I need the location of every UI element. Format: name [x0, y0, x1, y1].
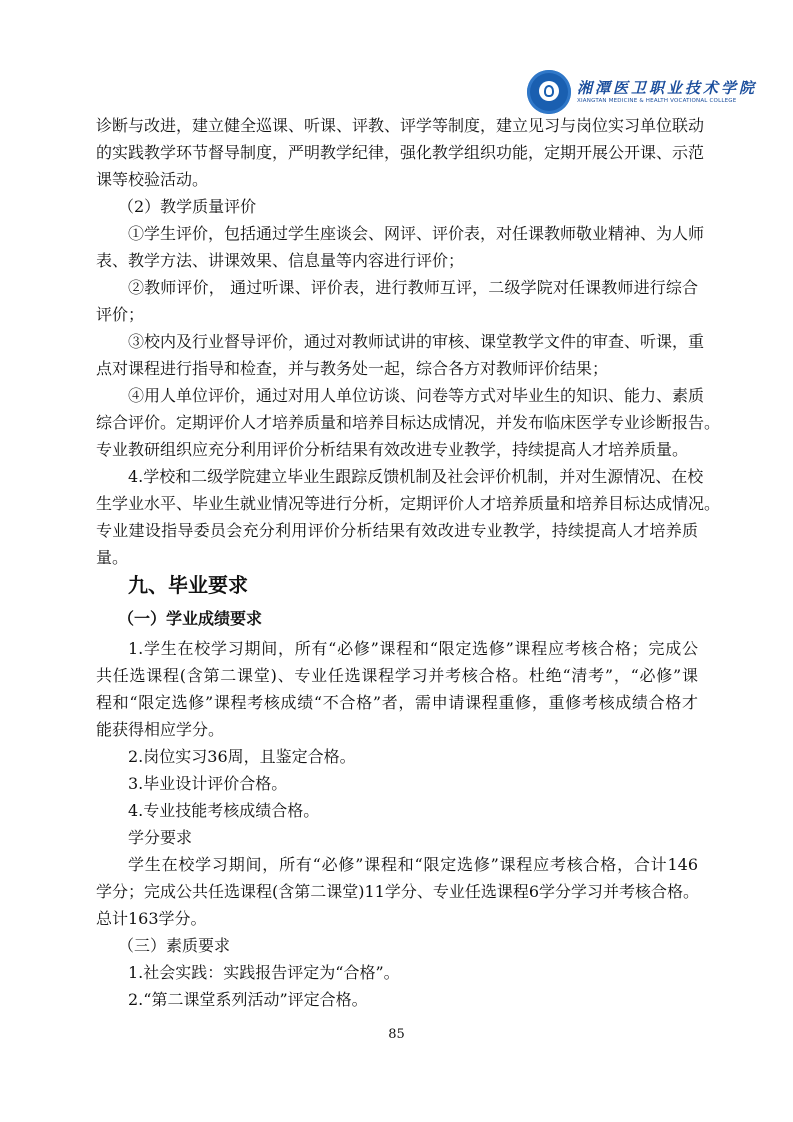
paragraph-line: 课等校验活动。	[96, 170, 698, 190]
paragraph-line: 1.学生在校学习期间，所有“必修”课程和“限定选修”课程应考核合格；完成公	[128, 639, 698, 659]
list-item: 2.岗位实习36周，且鉴定合格。	[128, 747, 698, 767]
paragraph-line: ③校内及行业督导评价，通过对教师试讲的审核、课堂教学文件的审查、听课，重	[128, 332, 698, 352]
list-item: 2.“第二课堂系列活动”评定合格。	[128, 990, 698, 1010]
paragraph-line: 量。	[96, 548, 698, 568]
paragraph-line: 程和“限定选修”课程考核成绩“不合格”者，需申请课程重修，重修考核成绩合格才	[96, 693, 698, 713]
paragraph-line: ②教师评价， 通过听课、评价表，进行教师互评，二级学院对任课教师进行综合	[128, 278, 698, 298]
paragraph-line: 能获得相应学分。	[96, 720, 698, 740]
section-heading: 九、毕业要求	[128, 573, 248, 597]
college-name-en: XIANGTAN MEDICINE & HEALTH VOCATIONAL CO…	[577, 97, 757, 105]
subsection-label: 学分要求	[128, 828, 698, 848]
subsection-label: （2）教学质量评价	[118, 197, 720, 217]
paragraph-line: 总计163学分。	[96, 909, 698, 929]
list-item: 4.专业技能考核成绩合格。	[128, 801, 698, 821]
subsection-heading: （一）学业成绩要求	[118, 609, 262, 629]
paragraph-line: ④用人单位评价，通过对用人单位访谈、问卷等方式对毕业生的知识、能力、素质	[128, 386, 698, 406]
paragraph-line: 生学业水平、毕业生就业情况等进行分析，定期评价人才培养质量和培养目标达成情况。	[96, 494, 698, 514]
paragraph-line: 4.学校和二级学院建立毕业生跟踪反馈机制及社会评价机制，并对生源情况、在校	[128, 467, 698, 487]
paragraph-line: 的实践教学环节督导制度，严明教学纪律，强化教学组织功能，定期开展公开课、示范	[96, 143, 698, 163]
paragraph-line: ①学生评价，包括通过学生座谈会、网评、评价表，对任课教师敬业精神、为人师	[128, 224, 698, 244]
page-number: 85	[0, 1027, 793, 1042]
paragraph-line: 共任选课程(含第二课堂)、专业任选课程学习并考核合格。杜绝“清考”，“必修”课	[96, 666, 698, 686]
college-name-cn: 湘潭医卫职业技术学院	[577, 79, 757, 97]
paragraph-line: 评价；	[96, 305, 698, 325]
college-emblem-icon	[527, 70, 571, 114]
paragraph-line: 学分；完成公共任选课程(含第二课堂)11学分、专业任选课程6学分学习并考核合格。	[96, 882, 698, 902]
paragraph-line: 专业建设指导委员会充分利用评价分析结果有效改进专业教学，持续提高人才培养质	[96, 521, 698, 541]
paragraph-line: 点对课程进行指导和检查，并与教务处一起，综合各方对教师评价结果；	[96, 359, 698, 379]
paragraph-line: 诊断与改进，建立健全巡课、听课、评教、评学等制度，建立见习与岗位实习单位联动	[96, 116, 698, 136]
list-item: 1.社会实践：实践报告评定为“合格”。	[128, 963, 698, 983]
paragraph-line: 学生在校学习期间，所有“必修”课程和“限定选修”课程应考核合格，合计146	[128, 855, 698, 875]
paragraph-line: 专业教研组织应充分利用评价分析结果有效改进专业教学，持续提高人才培养质量。	[96, 440, 698, 460]
paragraph-line: 综合评价。定期评价人才培养质量和培养目标达成情况，并发布临床医学专业诊断报告。	[96, 413, 698, 433]
subsection-label: （三）素质要求	[118, 936, 720, 956]
list-item: 3.毕业设计评价合格。	[128, 774, 698, 794]
college-logo: 湘潭医卫职业技术学院 XIANGTAN MEDICINE & HEALTH VO…	[527, 70, 757, 114]
paragraph-line: 表、教学方法、讲课效果、信息量等内容进行评价；	[96, 251, 698, 271]
